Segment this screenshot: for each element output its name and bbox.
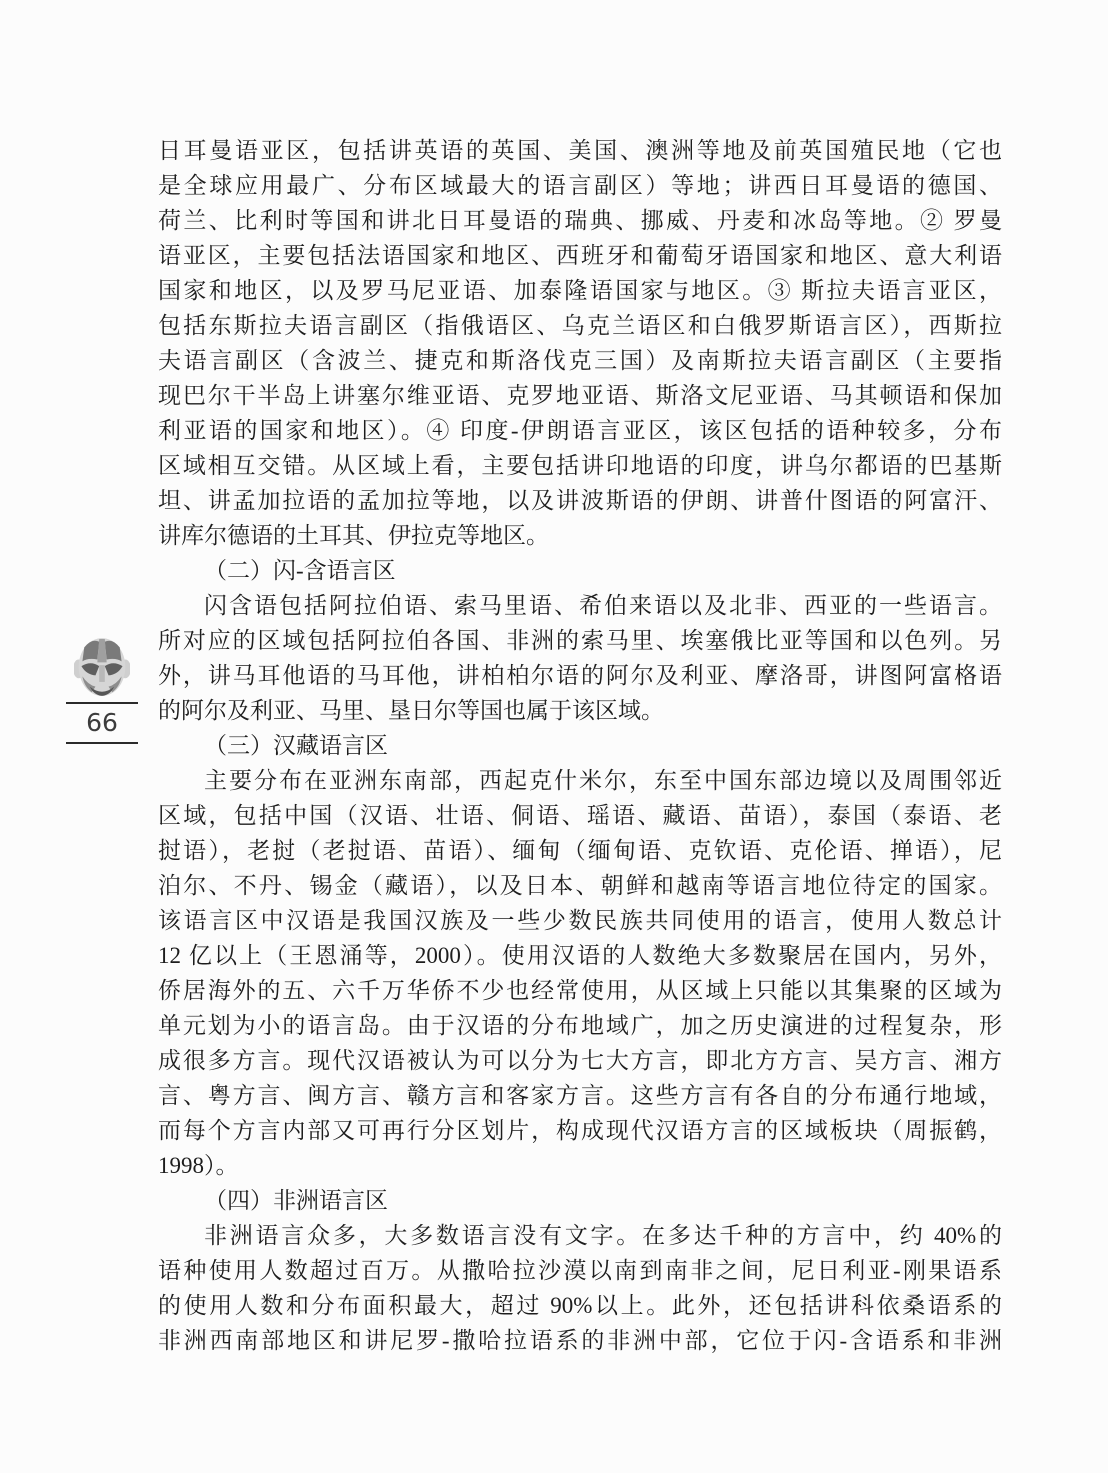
text-line: 现巴尔干半岛上讲塞尔维亚语、克罗地亚语、斯洛文尼亚语、马其顿语和保加	[158, 378, 1002, 413]
text-line: 侨居海外的五、六千万华侨不少也经常使用，从区域上只能以其集聚的区域为	[158, 973, 1002, 1008]
text-line: 的使用人数和分布面积最大，超过 90%以上。此外，还包括讲科依桑语系的	[158, 1288, 1002, 1323]
text-line: 包括东斯拉夫语言副区（指俄语区、乌克兰语区和白俄罗斯语言区），西斯拉	[158, 308, 1002, 343]
section-heading: （三）汉藏语言区	[158, 728, 1002, 763]
text-line: 该语言区中汉语是我国汉族及一些少数民族共同使用的语言，使用人数总计	[158, 903, 1002, 938]
text-column: 日耳曼语亚区，包括讲英语的英国、美国、澳洲等地及前英国殖民地（它也是全球应用最广…	[158, 133, 1002, 1358]
text-line: 坦、讲孟加拉语的孟加拉等地，以及讲波斯语的伊朗、讲普什图语的阿富汗、	[158, 483, 1002, 518]
text-line: 国家和地区，以及罗马尼亚语、加泰隆语国家与地区。③ 斯拉夫语言亚区，	[158, 273, 1002, 308]
text-line: 言、粤方言、闽方言、赣方言和客家方言。这些方言有各自的分布通行地域，	[158, 1078, 1002, 1113]
peking-opera-mask-icon	[74, 633, 130, 701]
text-line: 区域相互交错。从区域上看，主要包括讲印地语的印度，讲乌尔都语的巴基斯	[158, 448, 1002, 483]
page-number: 66	[66, 704, 138, 742]
text-line: 是全球应用最广、分布区域最大的语言副区）等地；讲西日耳曼语的德国、	[158, 168, 1002, 203]
text-line: 非洲语言众多，大多数语言没有文字。在多达千种的方言中，约 40%的	[158, 1218, 1002, 1253]
page-number-rule-bottom	[66, 742, 138, 744]
text-line: 挝语），老挝（老挝语、苗语）、缅甸（缅甸语、克钦语、克伦语、掸语），尼	[158, 833, 1002, 868]
section-heading: （四）非洲语言区	[158, 1183, 1002, 1218]
text-line: 非洲西南部地区和讲尼罗-撒哈拉语系的非洲中部，它位于闪-含语系和非洲	[158, 1323, 1002, 1358]
text-line: 泊尔、不丹、锡金（藏语），以及日本、朝鲜和越南等语言地位待定的国家。	[158, 868, 1002, 903]
text-line: 语亚区，主要包括法语国家和地区、西班牙和葡萄牙语国家和地区、意大利语	[158, 238, 1002, 273]
text-line: 12 亿以上（王恩涌等，2000）。使用汉语的人数绝大多数聚居在国内，另外，	[158, 938, 1002, 973]
text-line: 的阿尔及利亚、马里、垦日尔等国也属于该区域。	[158, 693, 1002, 728]
text-line: 1998）。	[158, 1148, 1002, 1183]
text-line: 利亚语的国家和地区）。④ 印度-伊朗语言亚区，该区包括的语种较多，分布	[158, 413, 1002, 448]
text-line: 讲库尔德语的土耳其、伊拉克等地区。	[158, 518, 1002, 553]
text-line: 而每个方言内部又可再行分区划片，构成现代汉语方言的区域板块（周振鹤，	[158, 1113, 1002, 1148]
book-page: 66 日耳曼语亚区，包括讲英语的英国、美国、澳洲等地及前英国殖民地（它也是全球应…	[0, 0, 1108, 1473]
text-line: 区域，包括中国（汉语、壮语、侗语、瑶语、藏语、苗语），泰国（泰语、老	[158, 798, 1002, 833]
page-margin-block: 66	[66, 633, 138, 744]
text-line: 主要分布在亚洲东南部，西起克什米尔，东至中国东部边境以及周围邻近	[158, 763, 1002, 798]
text-line: 外，讲马耳他语的马耳他，讲柏柏尔语的阿尔及利亚、摩洛哥，讲图阿富格语	[158, 658, 1002, 693]
text-line: 语种使用人数超过百万。从撒哈拉沙漠以南到南非之间，尼日利亚-刚果语系	[158, 1253, 1002, 1288]
text-line: 日耳曼语亚区，包括讲英语的英国、美国、澳洲等地及前英国殖民地（它也	[158, 133, 1002, 168]
text-line: 所对应的区域包括阿拉伯各国、非洲的索马里、埃塞俄比亚等国和以色列。另	[158, 623, 1002, 658]
text-line: 单元划为小的语言岛。由于汉语的分布地域广，加之历史演进的过程复杂，形	[158, 1008, 1002, 1043]
text-line: 荷兰、比利时等国和讲北日耳曼语的瑞典、挪威、丹麦和冰岛等地。② 罗曼	[158, 203, 1002, 238]
text-line: 成很多方言。现代汉语被认为可以分为七大方言，即北方方言、吴方言、湘方	[158, 1043, 1002, 1078]
text-line: 闪含语包括阿拉伯语、索马里语、希伯来语以及北非、西亚的一些语言。	[158, 588, 1002, 623]
text-line: 夫语言副区（含波兰、捷克和斯洛伐克三国）及南斯拉夫语言副区（主要指	[158, 343, 1002, 378]
section-heading: （二）闪-含语言区	[158, 553, 1002, 588]
